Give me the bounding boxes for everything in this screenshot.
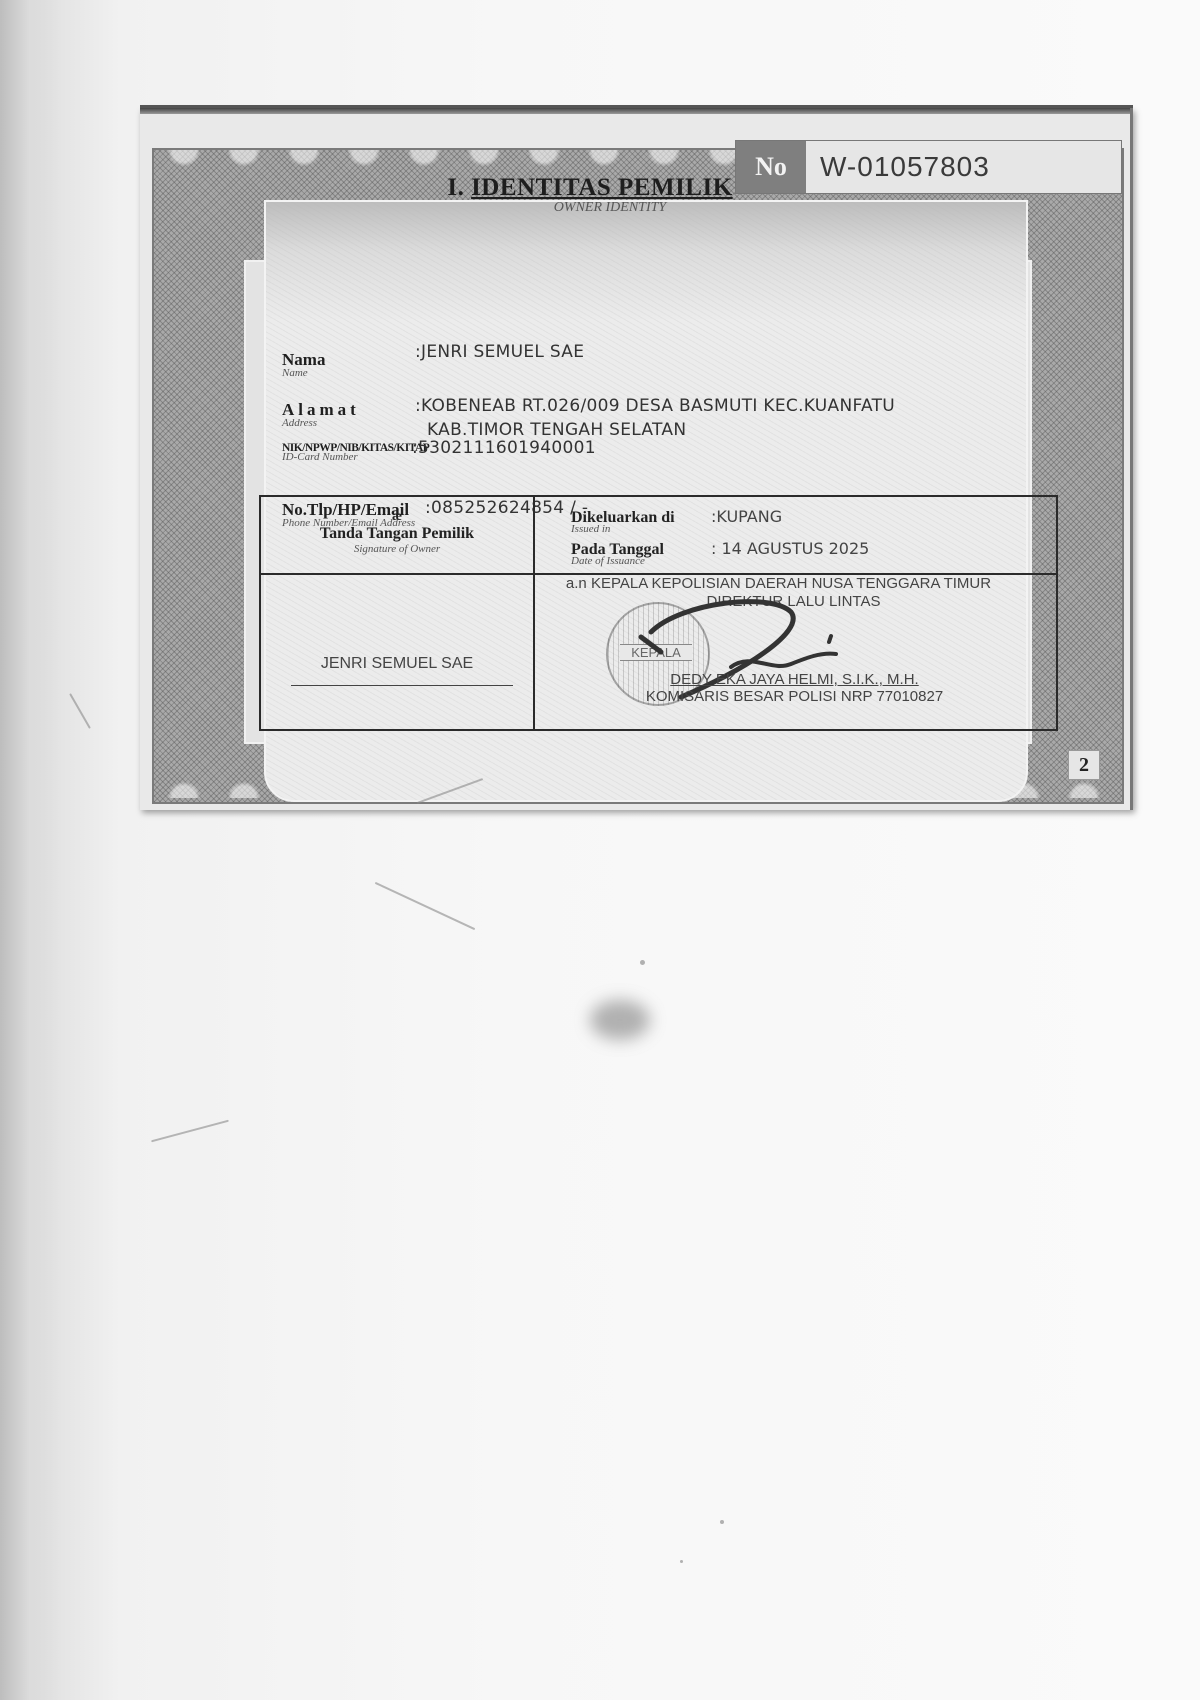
owner-mark: æ xyxy=(261,509,533,525)
field-nama: Nama Name :JENRI SEMUEL SAE xyxy=(282,350,325,379)
scan-artifact xyxy=(375,882,476,930)
owner-printed-name: JENRI SEMUEL SAE xyxy=(261,655,533,673)
guilloche-border: Nama Name :JENRI SEMUEL SAE Alamat Addre… xyxy=(152,148,1124,804)
vehicle-ownership-document-page: Nama Name :JENRI SEMUEL SAE Alamat Addre… xyxy=(140,108,1133,810)
issuance-info: Dikeluarkan di Issued in :KUPANG Pada Ta… xyxy=(571,509,675,571)
nama-value: :JENRI SEMUEL SAE xyxy=(415,342,584,362)
owner-signature-label: Tanda Tangan Pemilik xyxy=(261,525,533,543)
section-subtitle: OWNER IDENTITY xyxy=(430,200,750,216)
scan-artifact xyxy=(720,1520,724,1524)
serial-number-box: No W-01057803 xyxy=(735,140,1122,194)
alamat-value-line2: KAB.TIMOR TENGAH SELATAN xyxy=(427,420,686,440)
issued-in-value: :KUPANG xyxy=(711,507,782,526)
owner-signature-sublabel: Signature of Owner xyxy=(261,543,533,555)
scan-artifact xyxy=(151,1120,229,1143)
section-title: I. IDENTITAS PEMILIK xyxy=(430,174,750,202)
serial-number: W-01057803 xyxy=(806,141,1121,193)
owner-signature-heading: æ Tanda Tangan Pemilik Signature of Owne… xyxy=(261,509,533,555)
alamat-value-line1: :KOBENEAB RT.026/009 DESA BASMUTI KEC.KU… xyxy=(415,396,895,416)
section-title-text: IDENTITAS PEMILIK xyxy=(471,174,733,201)
section-heading: I. IDENTITAS PEMILIK OWNER IDENTITY xyxy=(430,174,750,216)
authority-line1: a.n KEPALA KEPOLISIAN DAERAH NUSA TENGGA… xyxy=(501,575,1056,592)
page-number: 2 xyxy=(1068,750,1100,780)
nik-value: :5302111601940001 xyxy=(412,438,596,458)
officer-name: DEDY EKA JAYA HELMI, S.I.K., M.H. xyxy=(533,671,1056,688)
issue-date-value: : 14 AGUSTUS 2025 xyxy=(711,539,869,558)
scan-artifact xyxy=(680,1560,683,1563)
signature-issuance-table: æ Tanda Tangan Pemilik Signature of Owne… xyxy=(259,495,1058,731)
scan-artifact xyxy=(69,693,91,729)
scan-artifact xyxy=(640,960,645,965)
field-nik: NIK/NPWP/NIB/KITAS/KITAP ID-Card Number … xyxy=(282,442,429,463)
owner-signature-line xyxy=(291,685,513,686)
section-number: I. xyxy=(447,174,464,201)
scan-edge-shadow xyxy=(0,0,60,1700)
officer-rank: KOMISARIS BESAR POLISI NRP 77010827 xyxy=(533,688,1056,705)
scan-artifact xyxy=(590,1000,650,1040)
signing-officer: DEDY EKA JAYA HELMI, S.I.K., M.H. KOMISA… xyxy=(533,671,1056,705)
field-alamat: Alamat Address :KOBENEAB RT.026/009 DESA… xyxy=(282,400,360,429)
